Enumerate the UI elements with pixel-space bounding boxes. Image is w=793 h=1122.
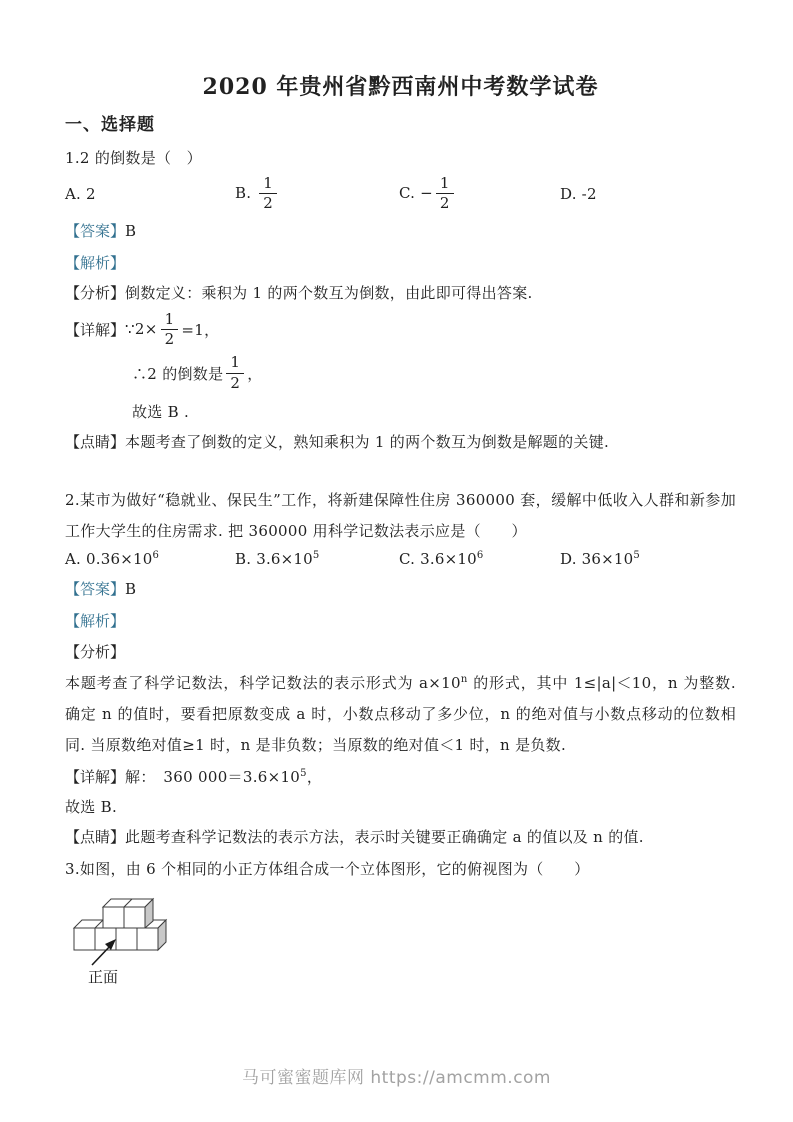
q1-fenxi-line: 【分析】倒数定义：乘积为 1 的两个数互为倒数，由此即可得出答案. <box>65 283 736 303</box>
option-label: C. <box>399 184 415 202</box>
q1-xiangjie-line-2: ∴2 的倒数是12， <box>132 352 736 394</box>
q2-option-d: D.36×105 <box>560 550 736 568</box>
option-label: C. <box>399 550 415 568</box>
dianjing-text: 此题考查科学记数法的表示方法，表示时关键要正确确定 a 的值以及 n 的值. <box>125 828 644 846</box>
bottom-cube-front-face <box>116 928 137 950</box>
question-1-stem: 1.2 的倒数是（ ） <box>65 148 736 168</box>
fraction-denominator: 2 <box>436 194 454 212</box>
math-text: ∴2 的倒数是 <box>132 363 223 384</box>
option-label: A. <box>65 185 81 203</box>
option-value: 3.6×10 <box>420 550 477 568</box>
math-text: ， <box>307 768 322 786</box>
option-value: -2 <box>582 185 597 203</box>
fraction-denominator: 2 <box>259 194 277 212</box>
math-text: ∵2× <box>125 320 158 338</box>
dianjing-text: 本题考查了倒数的定义，熟知乘积为 1 的两个数互为倒数是解题的关键. <box>125 433 609 451</box>
answer-value: B <box>125 580 136 598</box>
option-label: B. <box>235 184 251 202</box>
option-label: D. <box>560 550 577 568</box>
q2-fenxi-header: 【分析】 <box>65 642 736 662</box>
dianjing-tag: 【点睛】 <box>65 828 125 846</box>
jiexi-tag: 【解析】 <box>65 254 125 272</box>
q2-fenxi-paragraph: 本题考查了科学记数法，科学记数法的表示形式为 a×10n 的形式，其中 1≤|a… <box>65 668 736 761</box>
top-cube-front-face <box>124 907 145 928</box>
jiexi-tag: 【解析】 <box>65 612 125 630</box>
fraction: 12 <box>161 311 179 349</box>
exponent: 6 <box>152 550 159 561</box>
bottom-cube-front-face <box>95 928 116 950</box>
math-text: =1， <box>181 319 219 340</box>
dianjing-tag: 【点睛】 <box>65 433 125 451</box>
answer-tag: 【答案】 <box>65 222 125 240</box>
page-content: 2020 年贵州省黔西南州中考数学试卷 一、选择题 1.2 的倒数是（ ） A.… <box>65 73 736 991</box>
exam-title: 2020 年贵州省黔西南州中考数学试卷 <box>65 73 736 102</box>
math-text: ， <box>247 363 262 384</box>
q2-option-a: A.0.36×106 <box>65 550 235 568</box>
option-value: 36×10 <box>582 550 634 568</box>
q2-option-c: C.3.6×106 <box>399 550 560 568</box>
question-3-figure: 正面 <box>70 895 240 991</box>
q1-xiangjie-line-1: 【详解】∵2×12=1， <box>65 309 736 351</box>
fraction-denominator: 2 <box>161 330 179 348</box>
question-2-stem: 2.某市为做好“稳就业、保民生”工作，将新建保障性住房 360000 套，缓解中… <box>65 485 736 547</box>
option-label: A. <box>65 550 81 568</box>
xiangjie-tag: 【详解】 <box>65 768 125 786</box>
fenxi-tag: 【分析】 <box>65 284 125 302</box>
exponent: 5 <box>633 550 640 561</box>
q2-xiangjie-line: 【详解】解： 360 000＝3.6×105， <box>65 766 736 788</box>
fraction-numerator: 1 <box>436 175 454 194</box>
q2-conclusion-line: 故选 B. <box>65 797 736 817</box>
q2-option-b: B.3.6×105 <box>235 550 399 568</box>
fraction: 12 <box>226 354 244 392</box>
bottom-cube-front-face <box>74 928 95 950</box>
bottom-cube-front-face <box>137 928 158 950</box>
fraction-numerator: 1 <box>161 311 179 330</box>
site-watermark-footer: 马可蜜蜜题库网 https://amcmm.com <box>0 1063 793 1088</box>
fraction-denominator: 2 <box>226 374 244 392</box>
question-3-stem: 3.如图，由 6 个相同的小正方体组合成一个立体图形，它的俯视图为（ ） <box>65 859 736 879</box>
exponent: 6 <box>477 550 484 561</box>
fraction-numerator: 1 <box>226 354 244 373</box>
option-value: 3.6×10 <box>256 550 313 568</box>
fraction: 12 <box>436 175 454 213</box>
option-label: B. <box>235 550 251 568</box>
answer-tag: 【答案】 <box>65 580 125 598</box>
q1-conclusion-line: 故选 B . <box>132 402 736 422</box>
fenxi-tag: 【分析】 <box>65 643 125 661</box>
question-1-options: A.2 B.12 C.−12 D.-2 <box>65 173 736 215</box>
exponent: n <box>461 674 468 685</box>
q2-jiexi-line: 【解析】 <box>65 611 736 631</box>
fenxi-text: 倒数定义：乘积为 1 的两个数互为倒数，由此即可得出答案. <box>125 284 533 302</box>
q1-jiexi-line: 【解析】 <box>65 253 736 273</box>
math-text: 解： 360 000＝3.6×10 <box>125 768 300 786</box>
exponent: 5 <box>313 550 320 561</box>
q1-option-c: C.−12 <box>399 173 560 215</box>
xiangjie-tag: 【详解】 <box>65 319 125 340</box>
top-cube-front-face <box>103 907 124 928</box>
fraction: 12 <box>259 175 277 213</box>
q2-dianjing-line: 【点睛】此题考查科学记数法的表示方法，表示时关键要正确确定 a 的值以及 n 的… <box>65 827 736 847</box>
option-value: 0.36×10 <box>86 550 152 568</box>
question-2-options: A.0.36×106 B.3.6×105 C.3.6×106 D.36×105 <box>65 550 736 568</box>
fenxi-text: 本题考查了科学记数法，科学记数法的表示形式为 a×10 <box>65 674 461 692</box>
front-face-label: 正面 <box>88 968 118 986</box>
footer-link[interactable]: 马可蜜蜜题库网 https://amcmm.com <box>242 1068 551 1088</box>
q1-dianjing-line: 【点睛】本题考查了倒数的定义，熟知乘积为 1 的两个数互为倒数是解题的关键. <box>65 432 736 452</box>
option-value: 2 <box>86 185 96 203</box>
option-label: D. <box>560 185 577 203</box>
q2-answer-line: 【答案】B <box>65 579 736 599</box>
q1-answer-line: 【答案】B <box>65 221 736 241</box>
fraction-numerator: 1 <box>259 175 277 194</box>
minus-sign: − <box>420 184 433 202</box>
exponent: 5 <box>300 768 307 779</box>
exam-paper-page: 2020 年贵州省黔西南州中考数学试卷 一、选择题 1.2 的倒数是（ ） A.… <box>0 0 793 1122</box>
cube-stack-figure: 正面 <box>70 895 240 987</box>
answer-value: B <box>125 222 136 240</box>
q1-option-d: D.-2 <box>560 185 736 203</box>
q1-option-b: B.12 <box>235 173 399 215</box>
q1-option-a: A.2 <box>65 185 235 203</box>
section-heading: 一、选择题 <box>65 114 736 137</box>
